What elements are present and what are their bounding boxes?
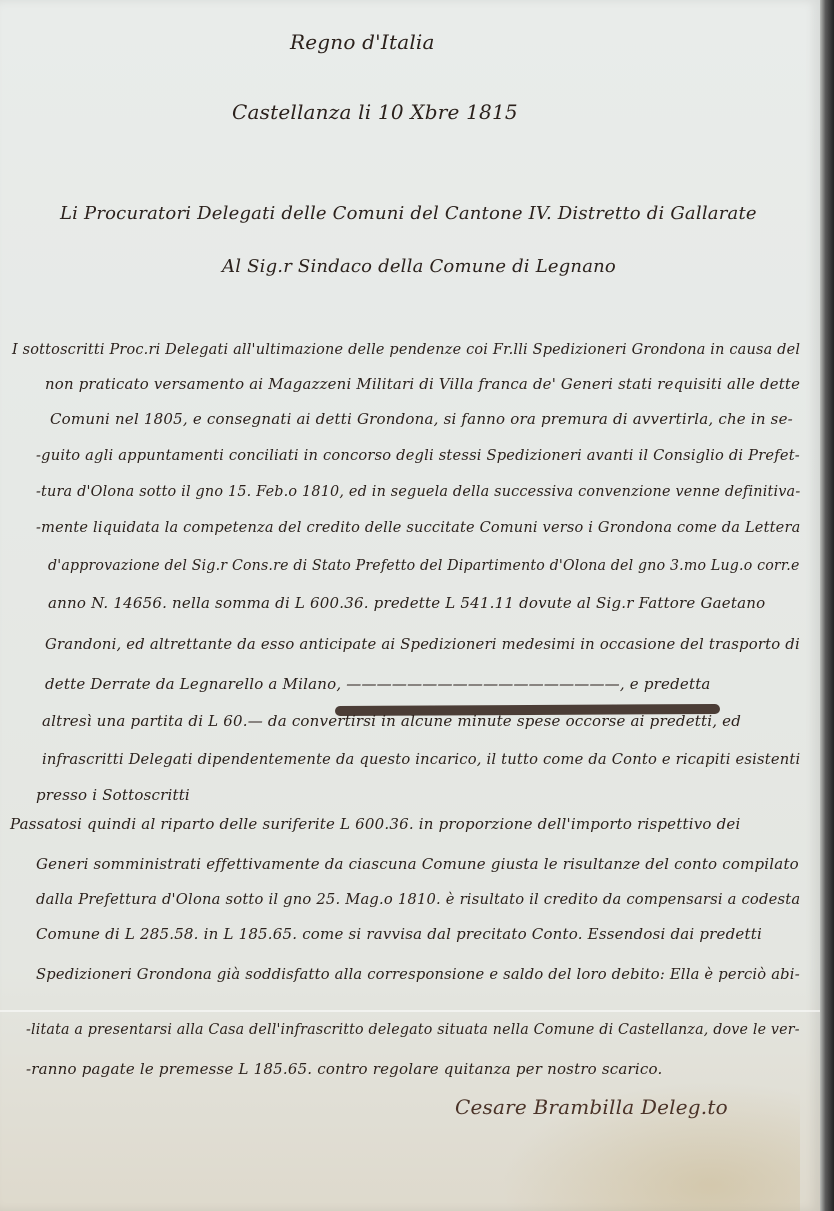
body-line: -guito agli appuntamenti conciliati in c… — [36, 446, 800, 464]
body-line: infrascritti Delegati dipendentemente da… — [42, 750, 800, 768]
paper-edge-shadow — [820, 0, 834, 1211]
body-line: Comune di L 285.58. in L 185.65. come si… — [36, 925, 762, 943]
signature: Cesare Brambilla Deleg.to — [455, 1095, 728, 1119]
body-line: Generi somministrati effettivamente da c… — [36, 855, 799, 873]
body-line: anno N. 14656. nella somma di L 600.36. … — [48, 594, 765, 612]
body-line: dette Derrate da Legnarello a Milano, ——… — [45, 675, 711, 693]
body-line: non praticato versamento ai Magazzeni Mi… — [45, 375, 800, 393]
place-date: Castellanza li 10 Xbre 1815 — [232, 100, 518, 124]
body-line: dalla Prefettura d'Olona sotto il gno 25… — [36, 890, 800, 908]
paper-fold — [0, 1010, 820, 1012]
letter-title: Regno d'Italia — [290, 30, 435, 54]
body-line: Spedizioneri Grondona già soddisfatto al… — [36, 965, 800, 983]
body-line: presso i Sottoscritti — [36, 786, 190, 804]
body-line: altresì una partita di L 60.— da convert… — [42, 712, 741, 730]
body-line: -ranno pagate le premesse L 185.65. cont… — [26, 1060, 662, 1078]
recipient-line: Al Sig.r Sindaco della Comune di Legnano — [222, 256, 616, 277]
body-line: -mente liquidata la competenza del credi… — [36, 518, 800, 536]
body-line: Comuni nel 1805, e consegnati ai detti G… — [50, 410, 793, 428]
body-line: -litata a presentarsi alla Casa dell'inf… — [26, 1020, 800, 1038]
sender-line: Li Procuratori Delegati delle Comuni del… — [60, 203, 757, 224]
body-line: I sottoscritti Proc.ri Delegati all'ulti… — [12, 340, 800, 358]
body-line: d'approvazione del Sig.r Cons.re di Stat… — [48, 556, 800, 574]
body-line: -tura d'Olona sotto il gno 15. Feb.o 181… — [36, 482, 800, 500]
body-line: Passatosi quindi al riparto delle surife… — [10, 815, 740, 833]
letter-sheet: Regno d'Italia Castellanza li 10 Xbre 18… — [0, 0, 820, 1211]
body-line: Grandoni, ed altrettante da esso anticip… — [45, 635, 800, 653]
